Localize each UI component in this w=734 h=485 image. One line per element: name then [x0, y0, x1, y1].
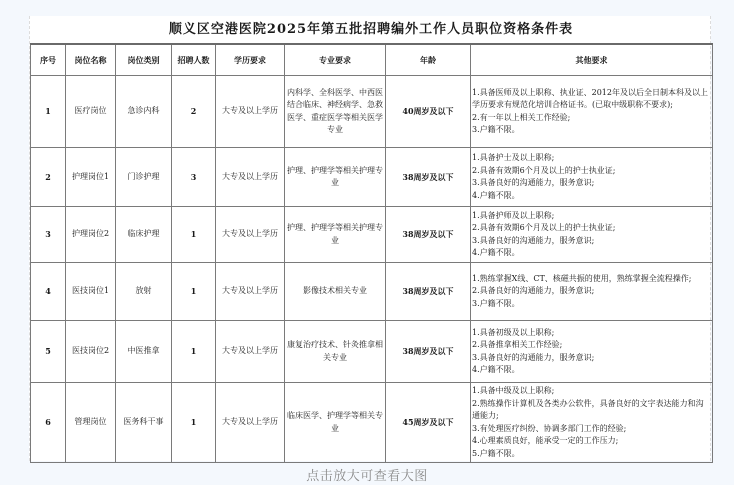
cell-education: 大专及以上学历 — [216, 263, 285, 321]
table-header-row: 序号 岗位名称 岗位类别 招聘人数 学历要求 专业要求 年龄 其他要求 — [31, 44, 713, 76]
document-image[interactable]: 顺义区空港医院2025年第五批招聘编外工作人员职位资格条件表 序号 岗位名称 岗… — [29, 16, 711, 461]
requirement-line: 3.具备良好的沟通能力，服务意识; — [472, 352, 711, 365]
cell-education: 大专及以上学历 — [216, 148, 285, 207]
cell-age: 40周岁及以下 — [386, 76, 471, 148]
requirement-line: 1.具备初级及以上职称; — [472, 327, 711, 340]
cell-age: 38周岁及以下 — [386, 148, 471, 207]
cell-other: 1.具备医师及以上职称、执业证、2012年及以后全日制本科及以上学历要求有规范化… — [471, 76, 713, 148]
cell-count: 2 — [172, 76, 216, 148]
cell-position: 护理岗位2 — [66, 207, 116, 263]
enlarge-image-caption[interactable]: 点击放大可查看大图 — [0, 465, 734, 484]
requirement-line: 1.具备医师及以上职称、执业证、2012年及以后全日制本科及以上学历要求有规范化… — [472, 87, 711, 112]
requirement-line: 2.具备良好的沟通能力，服务意识; — [472, 285, 711, 298]
requirement-line: 3.有处理医疗纠纷、协调多部门工作的经验; — [472, 423, 711, 436]
cell-index: 6 — [31, 383, 66, 463]
cell-other: 1.具备中级及以上职称; 2.熟练操作计算机及各类办公软件，具备良好的文字表达能… — [471, 383, 713, 463]
cell-category: 放射 — [116, 263, 172, 321]
cell-index: 4 — [31, 263, 66, 321]
cell-major: 临床医学、护理学等相关专业 — [285, 383, 386, 463]
cell-education: 大专及以上学历 — [216, 76, 285, 148]
cell-index: 3 — [31, 207, 66, 263]
requirement-line: 3.户籍不限。 — [472, 124, 711, 137]
cell-other: 1.具备护师及以上职称; 2.具备有效期6个月及以上的护士执业证; 3.具备良好… — [471, 207, 713, 263]
cell-category: 医务科干事 — [116, 383, 172, 463]
table-row: 4 医技岗位1 放射 1 大专及以上学历 影像技术相关专业 38周岁及以下 1.… — [31, 263, 713, 321]
cell-age: 45周岁及以下 — [386, 383, 471, 463]
cell-position: 医技岗位1 — [66, 263, 116, 321]
header-education: 学历要求 — [216, 44, 285, 76]
requirement-line: 4.户籍不限。 — [472, 247, 711, 260]
requirement-line: 4.户籍不限。 — [472, 364, 711, 377]
cell-major: 影像技术相关专业 — [285, 263, 386, 321]
table-row: 6 管理岗位 医务科干事 1 大专及以上学历 临床医学、护理学等相关专业 45周… — [31, 383, 713, 463]
cell-major: 护理、护理学等相关护理专业 — [285, 148, 386, 207]
cell-position: 管理岗位 — [66, 383, 116, 463]
cell-count: 1 — [172, 263, 216, 321]
requirement-line: 4.心理素质良好，能承受一定的工作压力; — [472, 435, 711, 448]
document-title: 顺义区空港医院2025年第五批招聘编外工作人员职位资格条件表 — [30, 16, 712, 43]
cell-count: 3 — [172, 148, 216, 207]
requirement-line: 4.户籍不限。 — [472, 190, 711, 203]
cell-category: 临床护理 — [116, 207, 172, 263]
requirement-line: 1.具备中级及以上职称; — [472, 385, 711, 398]
cell-count: 1 — [172, 383, 216, 463]
requirement-line: 3.具备良好的沟通能力，服务意识; — [472, 235, 711, 248]
requirement-line: 2.具备有效期6个月及以上的护士执业证; — [472, 165, 711, 178]
cell-category: 中医推拿 — [116, 321, 172, 383]
cell-index: 5 — [31, 321, 66, 383]
header-age: 年龄 — [386, 44, 471, 76]
header-other: 其他要求 — [471, 44, 713, 76]
cell-age: 38周岁及以下 — [386, 321, 471, 383]
cell-position: 医疗岗位 — [66, 76, 116, 148]
requirement-line: 2.具备有效期6个月及以上的护士执业证; — [472, 222, 711, 235]
header-index: 序号 — [31, 44, 66, 76]
header-count: 招聘人数 — [172, 44, 216, 76]
cell-education: 大专及以上学历 — [216, 321, 285, 383]
cell-major: 护理、护理学等相关护理专业 — [285, 207, 386, 263]
requirement-line: 1.具备护师及以上职称; — [472, 210, 711, 223]
header-position: 岗位名称 — [66, 44, 116, 76]
cell-other: 1.具备初级及以上职称; 2.具备推拿相关工作经验; 3.具备良好的沟通能力，服… — [471, 321, 713, 383]
requirement-line: 3.具备良好的沟通能力，服务意识; — [472, 177, 711, 190]
table-row: 1 医疗岗位 急诊内科 2 大专及以上学历 内科学、全科医学、中西医结合临床、神… — [31, 76, 713, 148]
table-row: 3 护理岗位2 临床护理 1 大专及以上学历 护理、护理学等相关护理专业 38周… — [31, 207, 713, 263]
cell-index: 2 — [31, 148, 66, 207]
cell-category: 门诊护理 — [116, 148, 172, 207]
requirement-line: 3.户籍不限。 — [472, 298, 711, 311]
cell-position: 医技岗位2 — [66, 321, 116, 383]
cell-other: 1.具备护士及以上职称; 2.具备有效期6个月及以上的护士执业证; 3.具备良好… — [471, 148, 713, 207]
table-row: 5 医技岗位2 中医推拿 1 大专及以上学历 康复治疗技术、针灸推拿相关专业 3… — [31, 321, 713, 383]
table-row: 2 护理岗位1 门诊护理 3 大专及以上学历 护理、护理学等相关护理专业 38周… — [31, 148, 713, 207]
cell-education: 大专及以上学历 — [216, 383, 285, 463]
cell-major: 内科学、全科医学、中西医结合临床、神经病学、急救医学、重症医学等相关医学专业 — [285, 76, 386, 148]
requirement-line: 2.有一年以上相关工作经验; — [472, 112, 711, 125]
cell-index: 1 — [31, 76, 66, 148]
cell-age: 38周岁及以下 — [386, 263, 471, 321]
cell-count: 1 — [172, 321, 216, 383]
cell-major: 康复治疗技术、针灸推拿相关专业 — [285, 321, 386, 383]
header-major: 专业要求 — [285, 44, 386, 76]
header-category: 岗位类别 — [116, 44, 172, 76]
requirement-line: 2.具备推拿相关工作经验; — [472, 339, 711, 352]
qualification-table: 序号 岗位名称 岗位类别 招聘人数 学历要求 专业要求 年龄 其他要求 1 医疗… — [30, 43, 713, 463]
cell-category: 急诊内科 — [116, 76, 172, 148]
requirement-line: 2.熟练操作计算机及各类办公软件，具备良好的文字表达能力和沟通能力; — [472, 398, 711, 423]
requirement-line: 1.具备护士及以上职称; — [472, 152, 711, 165]
cell-age: 38周岁及以下 — [386, 207, 471, 263]
requirement-line: 5.户籍不限。 — [472, 448, 711, 461]
cell-other: 1.熟练掌握X线、CT、核磁共振的使用，熟练掌握全流程操作; 2.具备良好的沟通… — [471, 263, 713, 321]
requirement-line: 1.熟练掌握X线、CT、核磁共振的使用，熟练掌握全流程操作; — [472, 273, 711, 286]
cell-education: 大专及以上学历 — [216, 207, 285, 263]
cell-position: 护理岗位1 — [66, 148, 116, 207]
cell-count: 1 — [172, 207, 216, 263]
